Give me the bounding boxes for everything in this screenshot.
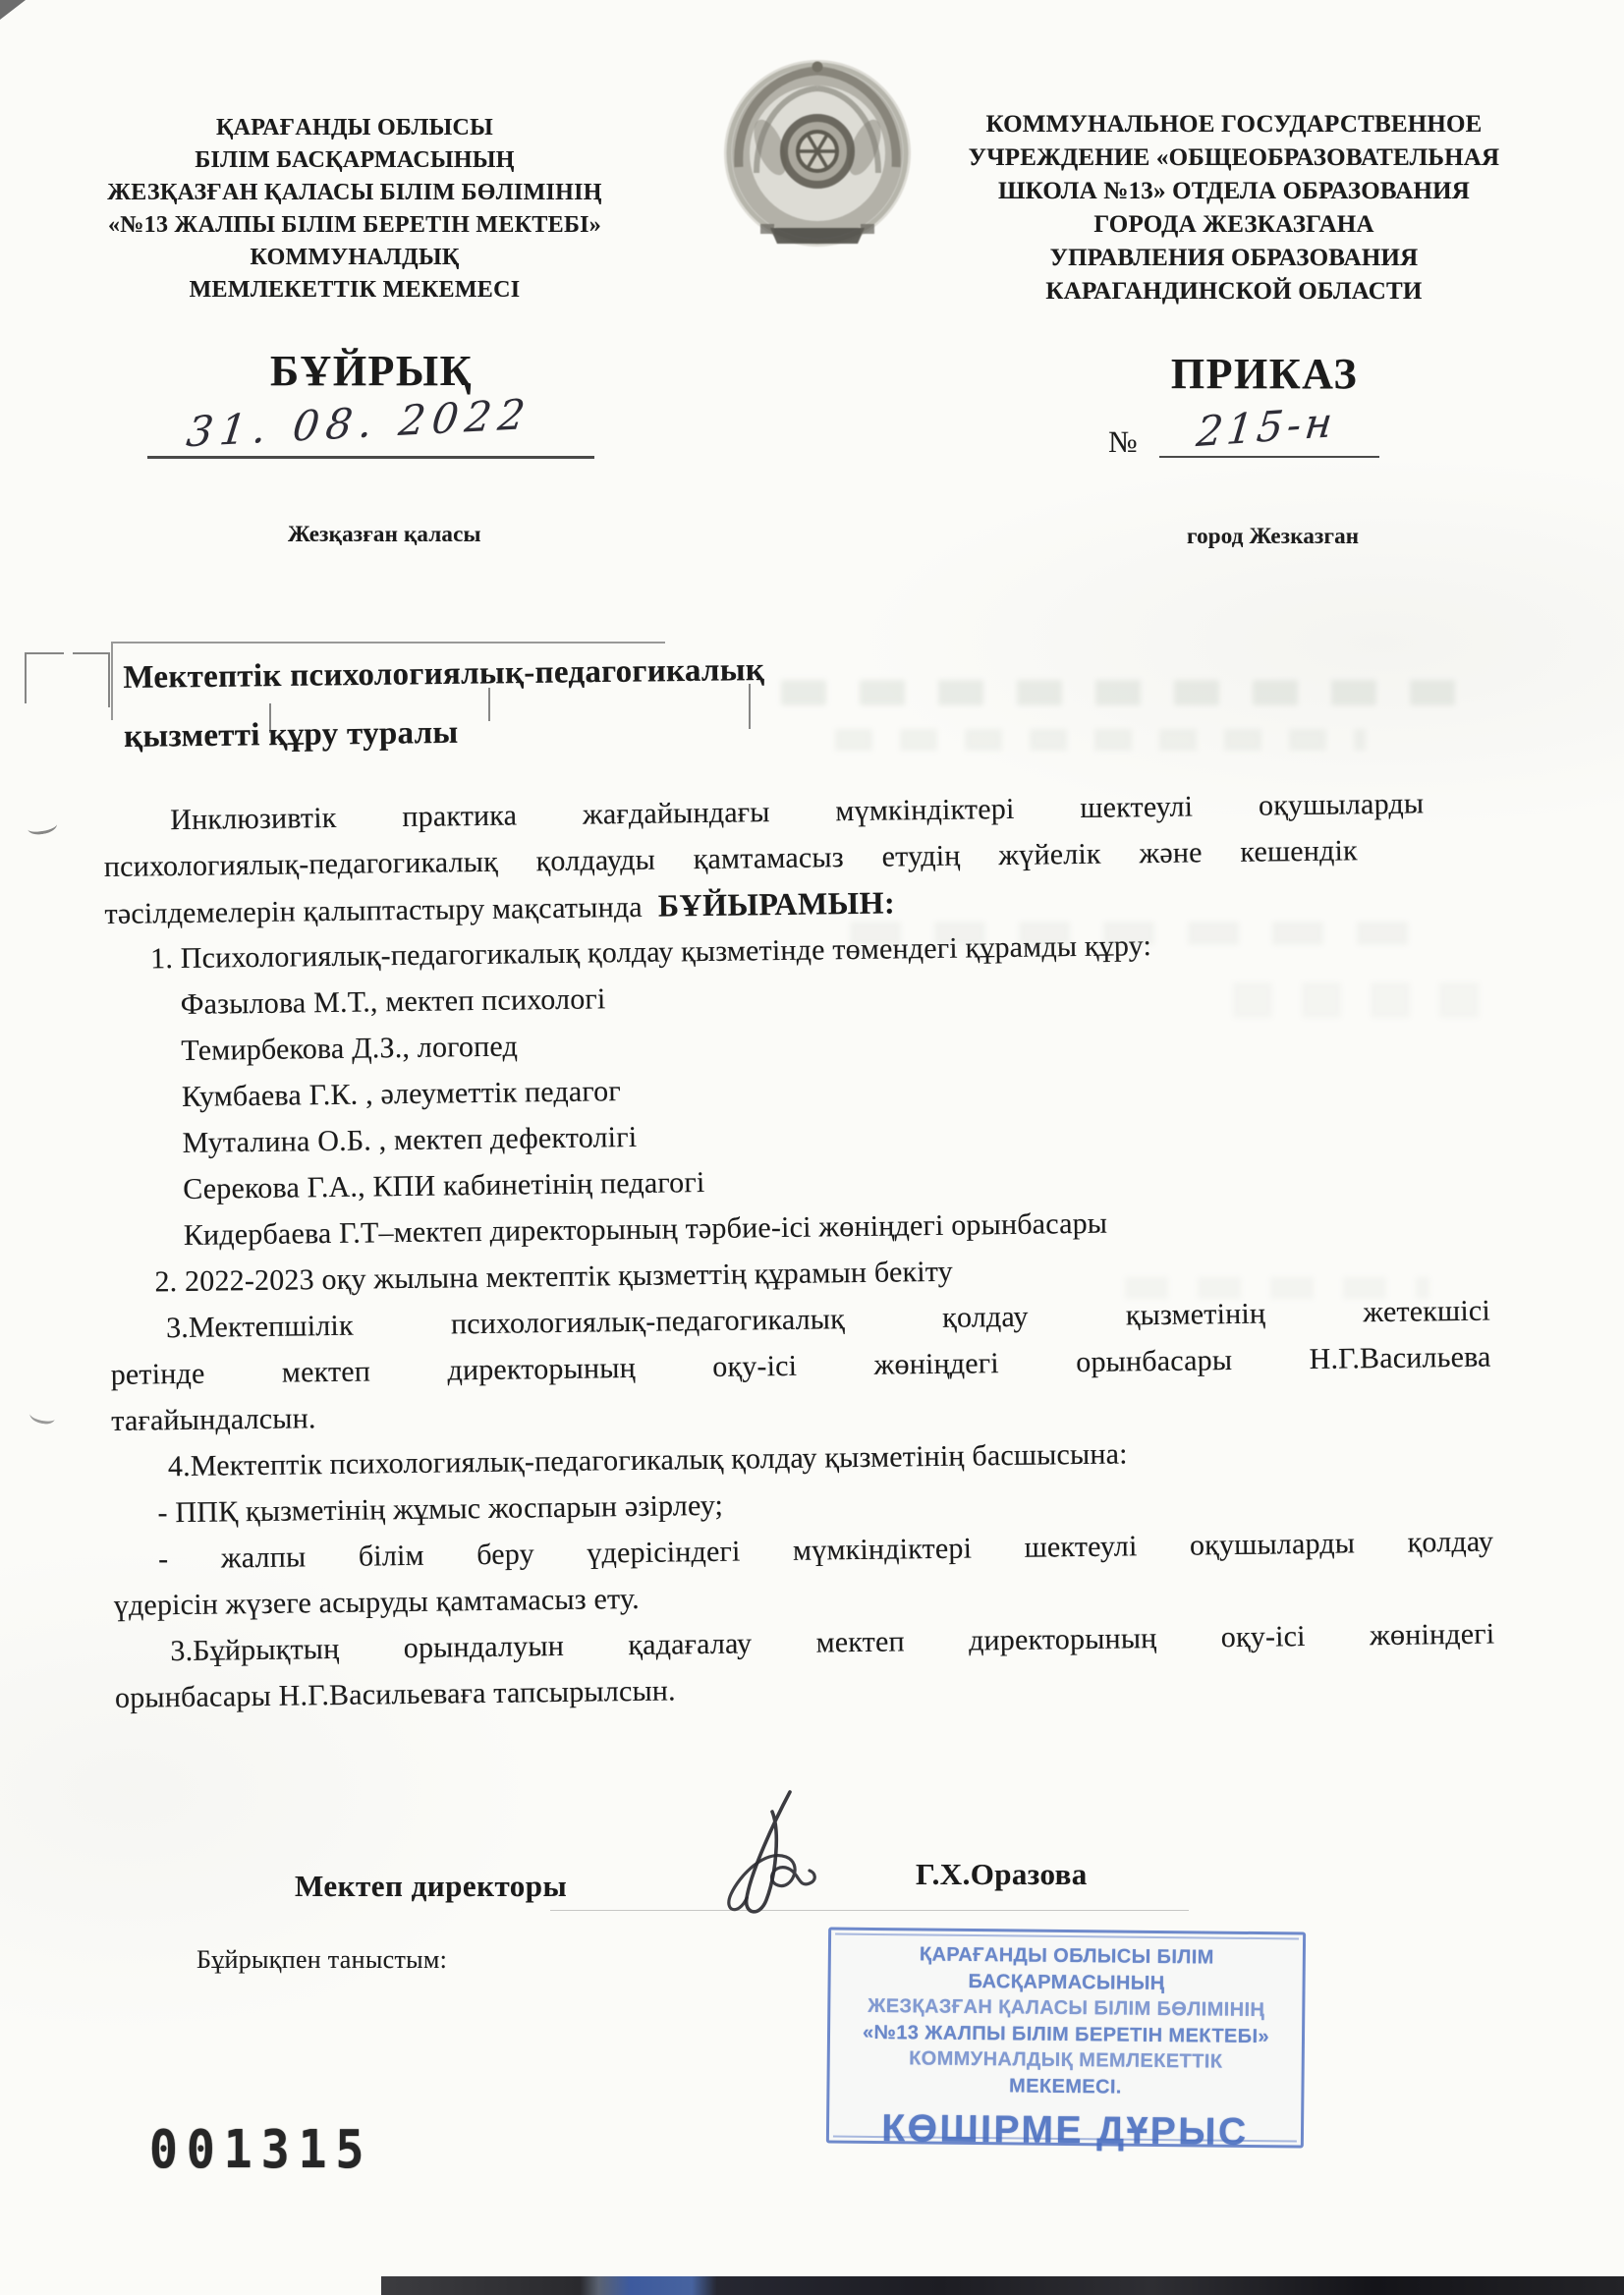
org-name-russian: КОММУНАЛЬНОЕ ГОСУДАРСТВЕННОЕ УЧРЕЖДЕНИЕ …	[933, 108, 1535, 308]
signature-line-artifact	[550, 1910, 1189, 1911]
bleed-through-artifact	[835, 729, 1366, 751]
order-verb: БҰЙЫРАМЫН:	[658, 884, 896, 923]
margin-mark-artifact	[28, 1407, 56, 1425]
pen-tick-artifact	[269, 703, 271, 733]
number-underline	[1159, 456, 1379, 458]
body-line-text: тәсілдемелерін қалыптастыру мақсатында	[104, 891, 643, 930]
frame-mark-artifact	[25, 652, 64, 703]
signatory-role: Мектеп директоры	[295, 1869, 567, 1904]
org-name-kk-line: ЖЕЗҚАЗҒАН ҚАЛАСЫ БІЛІМ БӨЛІМІНІҢ	[49, 177, 660, 209]
city-russian: город Жезказган	[1187, 524, 1359, 549]
frame-mark-artifact	[73, 652, 110, 707]
copy-certification-stamp: ҚАРАҒАНДЫ ОБЛЫСЫ БІЛІМ БАСҚАРМАСЫНЫҢ ЖЕЗ…	[826, 1927, 1306, 2148]
org-name-kk-line: БІЛІМ БАСҚАРМАСЫНЫҢ	[49, 144, 660, 177]
org-name-kk-line: «№13 ЖАЛПЫ БІЛІМ БЕРЕТІН МЕКТЕБІ»	[49, 209, 660, 242]
scan-edge-strip-artifact	[381, 2276, 1624, 2295]
pen-tick-artifact	[488, 688, 490, 721]
director-signature	[709, 1788, 857, 1926]
scanned-order-document: ҚАРАҒАНДЫ ОБЛЫСЫ БІЛІМ БАСҚАРМАСЫНЫҢ ЖЕЗ…	[0, 0, 1624, 2295]
org-name-ru-line: ШКОЛА №13» ОТДЕЛА ОБРАЗОВАНИЯ	[933, 175, 1535, 208]
signatory-name: Г.Х.Оразова	[916, 1857, 1088, 1892]
bleed-through-artifact	[781, 680, 1459, 705]
handwritten-order-number: 215-н	[1195, 398, 1339, 456]
org-name-ru-line: ГОРОДА ЖЕЗКАЗГАНА	[933, 208, 1535, 242]
stamp-line: МЕКЕМЕСІ.	[829, 2071, 1301, 2102]
scan-corner-artifact	[0, 0, 26, 20]
date-underline	[147, 456, 594, 459]
order-body: Инклюзивтік практика жағдайындағы мүмкін…	[103, 780, 1495, 1721]
org-name-ru-line: УПРАВЛЕНИЯ ОБРАЗОВАНИЯ	[933, 242, 1535, 275]
number-sign: №	[1108, 424, 1138, 460]
org-name-ru-line: УЧРЕЖДЕНИЕ «ОБЩЕОБРАЗОВАТЕЛЬНАЯ	[933, 141, 1535, 175]
handwritten-date: 31. 08. 2022	[184, 390, 534, 457]
textbox-frame-artifact	[111, 642, 665, 720]
kazakhstan-coat-of-arms-icon	[715, 57, 920, 253]
org-name-ru-line: КОММУНАЛЬНОЕ ГОСУДАРСТВЕННОЕ	[933, 108, 1535, 141]
stamp-line: ҚАРАҒАНДЫ ОБЛЫСЫ БІЛІМ БАСҚАРМАСЫНЫҢ	[830, 1940, 1303, 1997]
org-name-kk-line: МЕМЛЕКЕТТІК МЕКЕМЕСІ	[49, 274, 660, 307]
org-name-kk-line: КОММУНАЛДЫҚ	[49, 242, 660, 274]
document-registration-number: 001315	[149, 2119, 372, 2181]
org-name-kk-line: ҚАРАҒАНДЫ ОБЛЫСЫ	[49, 112, 660, 144]
acknowledgement-label: Бұйрықпен таныстым:	[196, 1945, 447, 1975]
order-title-kazakh: БҰЙРЫҚ	[224, 346, 519, 396]
pen-tick-artifact	[749, 684, 751, 729]
margin-mark-artifact	[27, 817, 58, 837]
org-name-kazakh: ҚАРАҒАНДЫ ОБЛЫСЫ БІЛІМ БАСҚАРМАСЫНЫҢ ЖЕЗ…	[49, 112, 660, 307]
org-name-ru-line: КАРАГАНДИНСКОЙ ОБЛАСТИ	[933, 275, 1535, 308]
order-title-russian: ПРИКАЗ	[1117, 349, 1412, 399]
stamp-copy-correct-label: КӨШІРМЕ ДҰРЫС	[829, 2106, 1301, 2155]
city-kazakh: Жезқазған қаласы	[288, 522, 481, 547]
